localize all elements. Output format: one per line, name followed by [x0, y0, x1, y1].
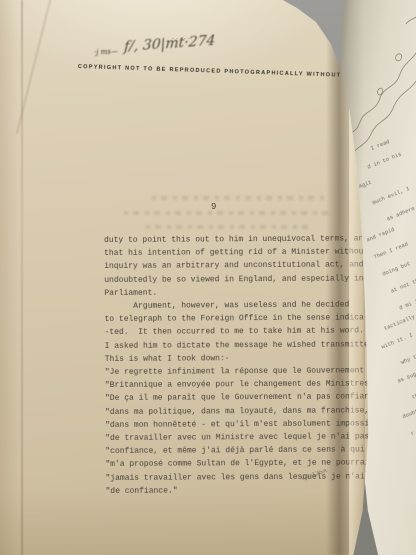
vertical-crease — [21, 0, 23, 555]
show-through-text — [146, 225, 311, 229]
document-page: ····· f/, 30|mt·274 ·j ms— COPYRIGHT NOT… — [0, 0, 372, 555]
show-through-text — [152, 196, 327, 200]
handwriting-annotation: f/, 30|mt·274 — [124, 33, 216, 55]
ink-mark: ·j ms— — [94, 47, 118, 56]
document-photo: I readd in to hisAgitmuch evil, Ias adhe… — [0, 0, 416, 555]
show-through-text — [124, 211, 329, 215]
